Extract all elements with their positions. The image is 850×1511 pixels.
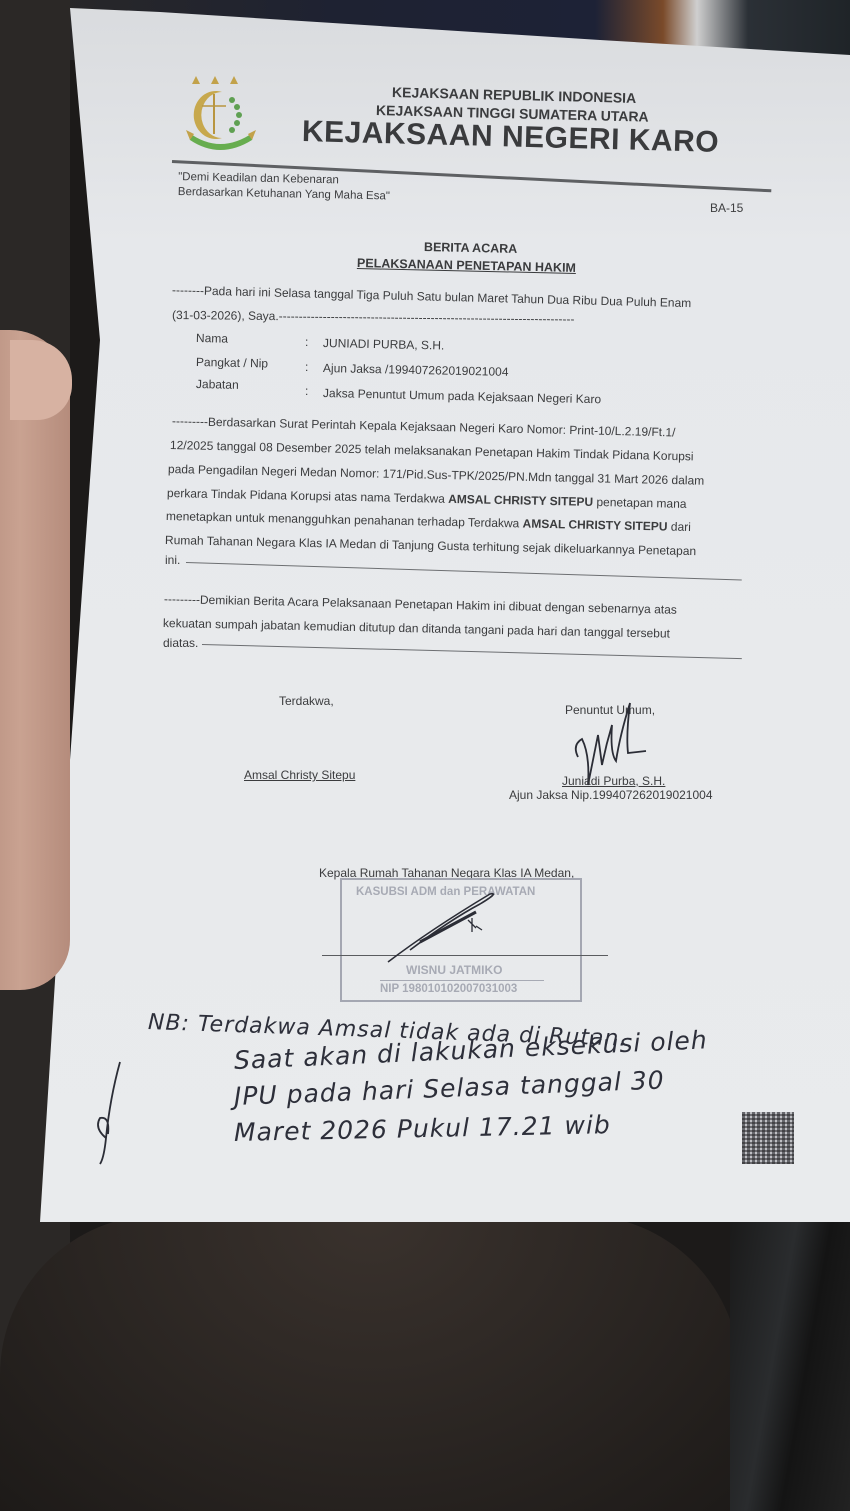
- document-title: BERITA ACARA: [424, 240, 518, 256]
- prosecutor-sign-nip: Ajun Jaksa Nip.199407262019021004: [509, 788, 713, 802]
- motto-line-2: Berdasarkan Ketuhanan Yang Maha Esa": [178, 185, 390, 204]
- stamp-officer-nip: NIP 198010102007031003: [380, 983, 517, 995]
- identity-rank-sep: :: [305, 360, 308, 374]
- identity-position-label: Jabatan: [196, 377, 239, 392]
- document-code: BA-15: [710, 201, 743, 215]
- body-line-1: ---------Berdasarkan Surat Perintah Kepa…: [172, 414, 760, 441]
- prosecutor-sign-name: Juniadi Purba, S.H.: [562, 774, 665, 788]
- identity-rank-label: Pangkat / Nip: [196, 355, 268, 371]
- identity-rank-value: Ajun Jaksa /199407262019021004: [323, 361, 509, 379]
- stamp-divider: [380, 980, 544, 981]
- document-subtitle: PELAKSANAAN PENETAPAN HAKIM: [357, 256, 576, 275]
- body-line-2: 12/2025 tanggal 08 Desember 2025 telah m…: [170, 438, 694, 463]
- body-text: dari: [667, 520, 691, 534]
- identity-name-value: JUNIADI PURBA, S.H.: [323, 336, 445, 353]
- defendant-sign-label: Terdakwa,: [279, 694, 334, 708]
- kejaksaan-emblem-icon: [182, 74, 260, 152]
- closing-line-2: kekuatan sumpah jabatan kemudian ditutup…: [163, 616, 670, 641]
- body-line-7: ini.: [165, 553, 180, 567]
- identity-position-sep: :: [305, 384, 308, 398]
- closing-line-1: ---------Demikian Berita Acara Pelaksana…: [164, 592, 677, 617]
- identity-position-value: Jaksa Penuntut Umum pada Kejaksaan Neger…: [323, 386, 601, 406]
- motto: "Demi Keadilan dan Kebenaran Berdasarkan…: [178, 170, 391, 204]
- closing-end-rule: [202, 644, 742, 659]
- handwritten-note-line-4: Maret 2026 Pukul 17.21 wib: [234, 1110, 611, 1147]
- handwritten-initial-icon: [92, 1058, 132, 1168]
- identity-name-label: Nama: [196, 331, 228, 346]
- body-line-3: pada Pengadilan Negeri Medan Nomor: 171/…: [168, 462, 705, 488]
- defendant-name-bold: AMSAL CHRISTY SITEPU: [448, 492, 593, 509]
- defendant-sign-name: Amsal Christy Sitepu: [244, 768, 355, 782]
- opening-line-1: --------Pada hari ini Selasa tanggal Tig…: [172, 283, 692, 310]
- defendant-name-bold: AMSAL CHRISTY SITEPU: [522, 516, 667, 533]
- body-text: penetapan mana: [593, 495, 687, 511]
- body-line-4: perkara Tindak Pidana Korupsi atas nama …: [167, 486, 687, 511]
- handwritten-note-line-3: JPU pada hari Selasa tanggal 30: [233, 1065, 665, 1111]
- body-end-rule: [186, 562, 742, 580]
- closing-line-3: diatas.: [163, 636, 198, 650]
- body-line-5: menetapkan untuk menangguhkan penahanan …: [166, 509, 691, 534]
- document: KEJAKSAAN REPUBLIK INDONESIA KEJAKSAAN T…: [0, 0, 850, 1511]
- detention-signature-icon: [380, 890, 520, 966]
- identity-name-sep: :: [305, 335, 308, 349]
- stamp-officer-name: WISNU JATMIKO: [406, 963, 502, 977]
- body-text: menetapkan untuk menangguhkan penahanan …: [166, 509, 523, 530]
- qr-code-icon: [742, 1112, 794, 1164]
- letterhead-office-name: KEJAKSAAN NEGERI KARO: [302, 115, 720, 160]
- body-line-6: Rumah Tahanan Negara Klas IA Medan di Ta…: [165, 533, 696, 558]
- opening-line-2: (31-03-2026), Saya.---------------------…: [172, 308, 756, 328]
- body-text: perkara Tindak Pidana Korupsi atas nama …: [167, 486, 449, 506]
